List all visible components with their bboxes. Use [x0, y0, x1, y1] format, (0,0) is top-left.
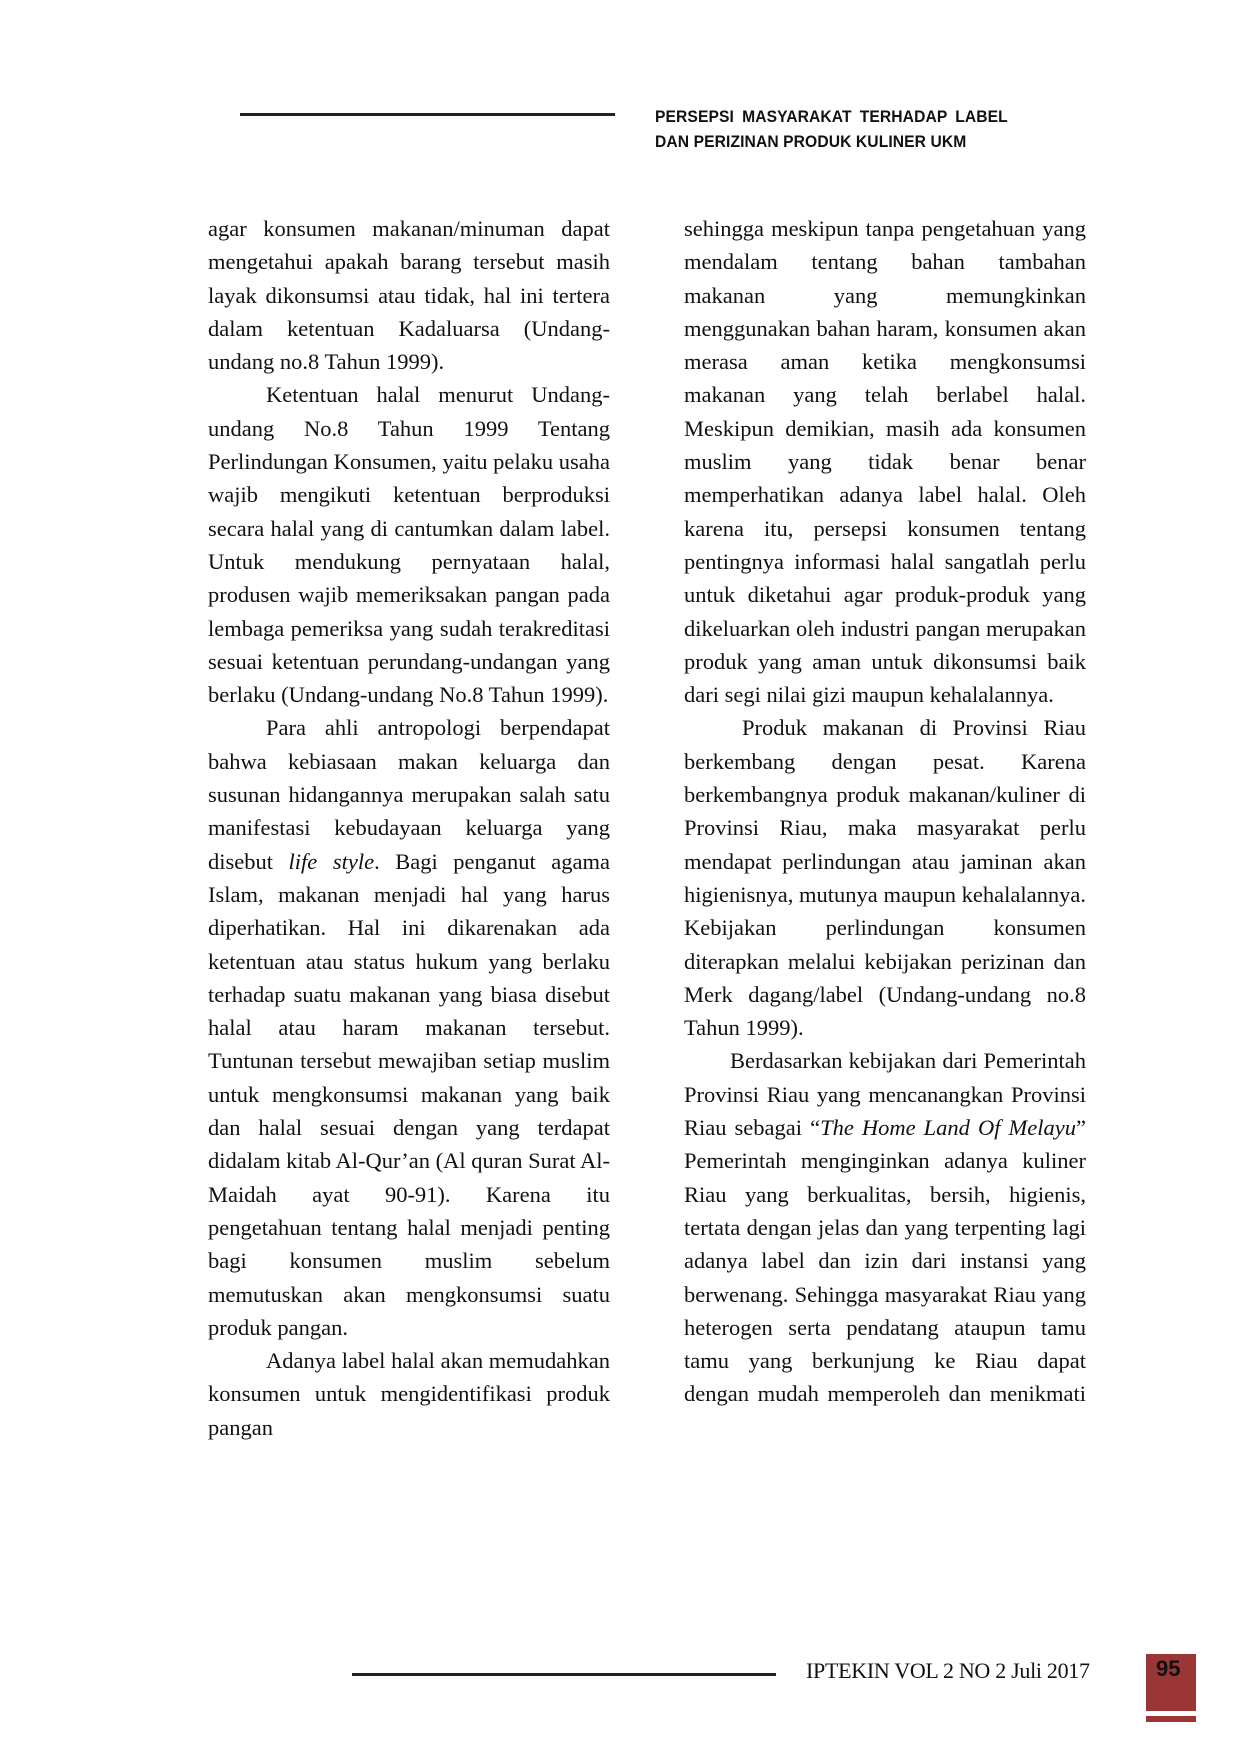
paragraph: Berdasarkan kebijakan dari Pemerintah Pr… [684, 1044, 1086, 1410]
paragraph: Ketentuan halal menurut Undang-undang No… [208, 378, 610, 711]
running-header: PERSEPSI MASYARAKAT TERHADAP LABEL DAN P… [655, 104, 1060, 154]
footer-rule [352, 1673, 776, 1676]
paragraph-text: . Bagi penganut agama Islam, makanan men… [208, 849, 610, 1340]
journal-footer: IPTEKIN VOL 2 NO 2 Juli 2017 [806, 1658, 1090, 1684]
italic-term: The Home Land Of Melayu [820, 1115, 1076, 1140]
running-header-line-1: PERSEPSI MASYARAKAT TERHADAP LABEL [655, 104, 1060, 129]
paragraph: sehingga meskipun tanpa pengetahuan yang… [684, 212, 1086, 711]
paragraph: Para ahli antropologi berpendapat bahwa … [208, 711, 610, 1344]
italic-term: life style [289, 849, 375, 874]
paragraph-text: ” Pemerintah menginginkan adanya kuliner… [684, 1115, 1086, 1406]
left-column: agar konsumen makanan/minuman dapat meng… [208, 212, 610, 1444]
paragraph: Produk makanan di Provinsi Riau berkemba… [684, 711, 1086, 1044]
page-number-accent-strip [1146, 1716, 1196, 1722]
paragraph: agar konsumen makanan/minuman dapat meng… [208, 212, 610, 378]
right-column: sehingga meskipun tanpa pengetahuan yang… [684, 212, 1086, 1411]
running-header-line-2: DAN PERIZINAN PRODUK KULINER UKM [655, 129, 1060, 154]
header-rule [240, 113, 615, 116]
paragraph: Adanya label halal akan memudahkan konsu… [208, 1344, 610, 1444]
page-number: 95 [1156, 1656, 1180, 1682]
